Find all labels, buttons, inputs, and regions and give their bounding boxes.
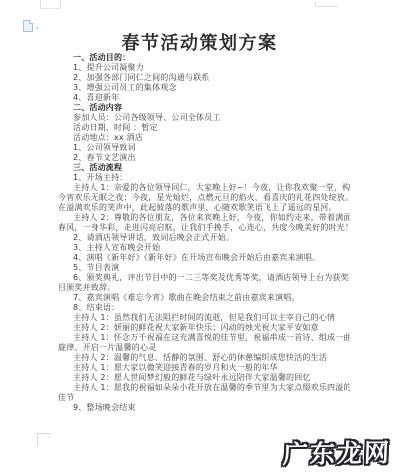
margin-crop-mark-top-right — [315, 1, 338, 7]
text-line: 旋律、开启一片温馨的心灵 — [58, 343, 350, 353]
text-line: 主持人 2：愿人世间梦幻般的鲜花与绿叶永远陪伴大家温馨的回忆 — [58, 373, 350, 383]
watermark: 广东龙网 — [282, 433, 391, 471]
text-line: 主持人 1：亲爱的各位领导同仁，大家晚上好~！今夜，让你我欢聚一堂，构筑 — [58, 183, 350, 193]
text-line: 主持人 2：妍丽的鲜花祝大家新年快乐；闪动的烛光祝大家平安如意 — [58, 323, 350, 333]
document-body: 一、活动目的：1、提升公司凝聚力2、加强各部门同仁之间的沟通与联系3、增强公司员… — [58, 53, 350, 419]
text-line: 6、颁奖典礼，评出节目中的一二三等奖及优秀等奖，请酒店领导上台为获奖节 — [58, 273, 350, 283]
text-line: 5、节目表演 — [58, 263, 350, 273]
document-viewport: { "document": { "title": "春节活动策划方案", "li… — [0, 0, 399, 476]
text-line: 今宵欢乐无眠之夜；今夜，星光灿烂，点燃元旦的焰火，看喜庆的礼花四处绽放。 — [58, 193, 350, 203]
text-line: 目颁奖并致辞。 — [58, 283, 350, 293]
margin-crop-mark-bottom-left — [37, 433, 51, 446]
text-line: 参加人员：公司各级领导、公司全体员工 — [58, 113, 350, 123]
page-title: 春节活动策划方案 — [0, 29, 399, 55]
text-line: 主持人 2：温馨的气息、恬静的氛围、舒心的休憩编织成您快活的生活 — [58, 353, 350, 363]
text-line: 活动地点：xx 酒店 — [58, 133, 350, 143]
margin-crop-mark-top — [40, 0, 61, 9]
text-line: 主持人 1：虽然我们无法阻拦时间的流逝，但是我们可以主宰自己的心情 — [58, 313, 350, 323]
text-line: 2、加强各部门同仁之间的沟通与联系 — [58, 73, 350, 83]
text-line: 3、主持人宣布晚会开始 — [58, 243, 350, 253]
text-line: 三、活动流程 — [58, 163, 350, 173]
text-line: 3、增强公司员工的集体观念 — [58, 83, 350, 93]
text-line: 主持人 1：愿大家以微笑迎接青春的岁月和火一般的年华 — [58, 363, 350, 373]
text-line: 二、活动内容 — [58, 103, 350, 113]
text-line: 1、开场主持： — [58, 173, 350, 183]
document-page: 春节活动策划方案 一、活动目的：1、提升公司凝聚力2、加强各部门同仁之间的沟通与… — [0, 0, 399, 476]
text-line: 4、演唱《新年好》《新年好》在开场宣布晚会开始后由嘉宾来演唱。 — [58, 253, 350, 263]
text-line: 主持人 2：尊敬的各位朋友，各位来宾晚上好，今夜，你如约走来，带着满面 — [58, 213, 350, 223]
text-line: 佳节 — [58, 393, 350, 403]
text-line: 主持人 1：怀念万千祝福在这充满喜悦的佳节里，祝福串成一首诗、组成一曲 — [58, 333, 350, 343]
text-line: 2、春节文艺演出 — [58, 153, 350, 163]
text-line: 7、嘉宾演唱《难忘今宵》歌曲在晚会结束之前由嘉宾来演唱。 — [58, 293, 350, 303]
text-line: 在溢满欢乐的笑声中，此起彼落的歌声里，心随欢歌笑语飞上了遥远的星河。 — [58, 203, 350, 213]
text-line: 活动日期、时间 ：暂定 — [58, 123, 350, 133]
text-line: 8、结束语： — [58, 303, 350, 313]
text-line: 1、提升公司凝聚力 — [58, 63, 350, 73]
text-line: 1、公司领导致词 — [58, 143, 350, 153]
text-line: 春风，一身华彩，走进闪亮启航，让我们手挽手，心连心，共度今晚美好的时光！ — [58, 223, 350, 233]
text-line: 9、整场晚会结束 — [58, 403, 350, 413]
text-line: 一、活动目的： — [58, 53, 350, 63]
text-line: 主持人 1：愿我的祝福如朵朵小花开放在温馨的季节里为大家点缀欢乐四溢的 — [58, 383, 350, 393]
text-line: 4、喜迎新年 — [58, 93, 350, 103]
text-line: 2、请酒店领导讲话，致词后晚会正式开始。 — [58, 233, 350, 243]
